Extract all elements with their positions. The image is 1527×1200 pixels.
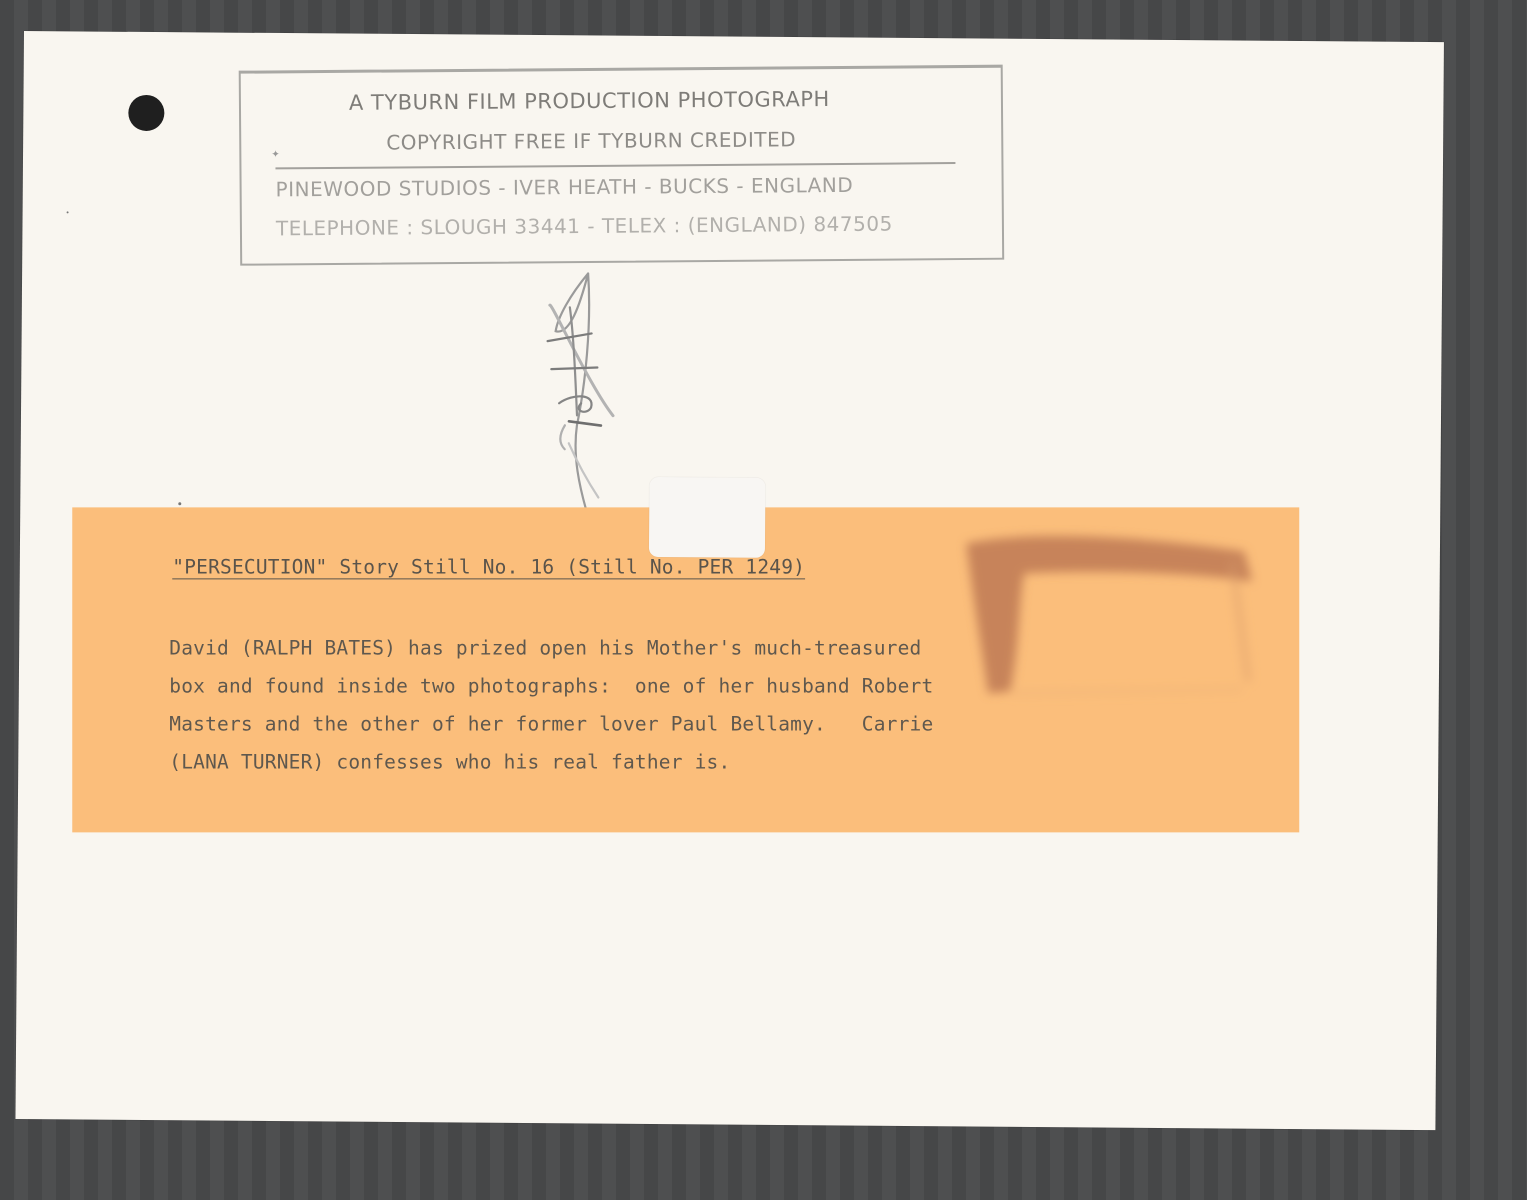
pencil-scribble bbox=[528, 265, 650, 526]
caption-line: box and found inside two photographs: on… bbox=[169, 667, 933, 705]
caption-line: Masters and the other of her former love… bbox=[169, 705, 933, 743]
caption-line: (LANA TURNER) confesses who his real fat… bbox=[169, 743, 933, 781]
still-caption-title: "PERSECUTION" Story Still No. 16 (Still … bbox=[172, 555, 805, 578]
adhesive-tape bbox=[649, 477, 766, 558]
stamp-line-production: A TYBURN FILM PRODUCTION PHOTOGRAPH bbox=[349, 87, 830, 115]
stamp-line-telephone: TELEPHONE : SLOUGH 33441 - TELEX : (ENGL… bbox=[276, 212, 893, 241]
dust-speck bbox=[67, 211, 69, 213]
dust-speck bbox=[178, 502, 181, 505]
still-caption-body: David (RALPH BATES) has prized open his … bbox=[169, 629, 933, 781]
stamp-line-copyright: COPYRIGHT FREE IF TYBURN CREDITED bbox=[386, 127, 796, 154]
stamp-divider bbox=[275, 162, 955, 169]
photo-back-paper: ✦ A TYBURN FILM PRODUCTION PHOTOGRAPH CO… bbox=[15, 31, 1444, 1130]
copyright-stamp: ✦ A TYBURN FILM PRODUCTION PHOTOGRAPH CO… bbox=[239, 65, 1005, 266]
ink-speck: ✦ bbox=[271, 149, 280, 160]
caption-line: David (RALPH BATES) has prized open his … bbox=[169, 629, 933, 667]
punch-hole bbox=[128, 95, 164, 131]
stamp-line-address: PINEWOOD STUDIOS - IVER HEATH - BUCKS - … bbox=[276, 173, 854, 202]
water-stain bbox=[952, 521, 1262, 711]
